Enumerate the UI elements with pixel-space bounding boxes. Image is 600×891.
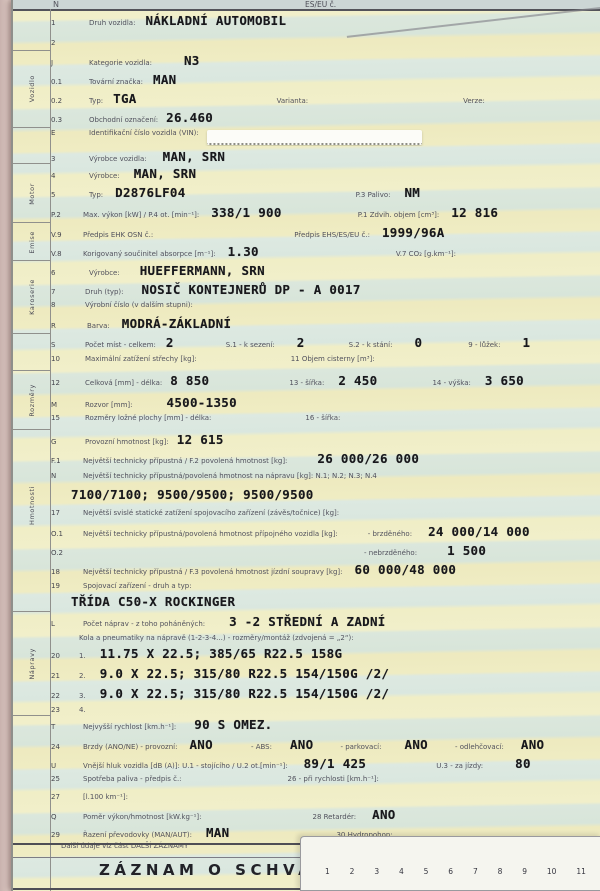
field-code: T [51, 723, 77, 731]
field-label: Rozvor [mm]: [85, 401, 133, 409]
field-code: 20 [51, 652, 77, 660]
field-code: Q [51, 813, 77, 821]
form-row: 4Výrobce:MAN, SRN [51, 163, 599, 182]
field-code: 25 [51, 775, 77, 783]
field-label: Počet míst - celkem: [85, 341, 156, 349]
field-label: Identifikační číslo vozidla (VIN): [89, 129, 199, 137]
field-code: 7 [51, 288, 77, 296]
approval-number: 2 [350, 867, 355, 876]
field-label: P.3 Palivo: [356, 191, 391, 199]
field-value: 60 000/48 000 [355, 562, 457, 577]
field-value: 26.460 [166, 110, 213, 125]
field-code: 23 [51, 706, 77, 714]
field-value: NM [404, 185, 420, 200]
section-label-text: Karoserie [28, 279, 36, 315]
section-label-karoserie: Karoserie [13, 260, 50, 334]
field-code: 0.1 [51, 78, 77, 86]
form-row: 5Typ:D2876LF04P.3 Palivo:NM [51, 182, 599, 202]
form-row: QPoměr výkon/hmotnost [kW.kg⁻¹]:28 Retar… [51, 804, 599, 822]
form-row: O.1Největší technicky přípustná/povolená… [51, 521, 599, 540]
section-label-text: Rozměry [28, 384, 36, 417]
field-code: 1 [51, 19, 77, 27]
field-value: 1999/96A [382, 225, 445, 240]
field-code: S [51, 341, 77, 349]
field-label: Barva: [87, 322, 110, 330]
header-left-fragment: N [53, 0, 61, 9]
field-label: Největší technicky přípustná/povolená hm… [83, 472, 377, 480]
field-label: U.3 - za jízdy: [436, 762, 483, 770]
form-row: 201.11.75 X 22.5; 385/65 R22.5 158G [51, 643, 599, 663]
field-code: 2 [51, 39, 77, 47]
field-label: Varianta: [277, 97, 308, 105]
field-value: 89/1 425 [304, 756, 367, 771]
field-label: Celková [mm] - délka: [85, 379, 162, 387]
field-value: 26 000/26 000 [317, 451, 419, 466]
section-label-text: Hmotnosti [28, 486, 36, 525]
form-row: MRozvor [mm]:4500-1350 [51, 392, 599, 411]
field-code: G [51, 438, 77, 446]
form-row: 6Výrobce:HUEFFERMANN, SRN [51, 260, 599, 279]
field-label: S.2 - k stání: [349, 341, 393, 349]
field-code: V.8 [51, 250, 77, 258]
field-label: 28 Retardér: [312, 813, 356, 821]
form-row: SPočet míst - celkem:2S.1 - k sezení:2S.… [51, 332, 599, 352]
form-row: P.2Max. výkon [kW] / P.4 ot. [min⁻¹]:338… [51, 202, 599, 222]
vin-redaction-box [207, 130, 422, 145]
field-code: O.1 [51, 530, 77, 538]
field-label: 9 - lůžek: [468, 341, 500, 349]
field-value: 11.75 X 22.5; 385/65 R22.5 158G [100, 646, 343, 661]
field-value: D2876LF04 [115, 185, 185, 200]
field-label: Výrobce vozidla: [89, 155, 147, 163]
field-value: ANO [189, 737, 212, 752]
field-code: 24 [51, 743, 77, 751]
field-value: 9.0 X 22.5; 315/80 R22.5 154/150G /2/ [100, 666, 390, 681]
field-value: MAN, SRN [134, 166, 197, 181]
field-code: 5 [51, 191, 77, 199]
form-row: F.1Největší technicky přípustná / F.2 po… [51, 448, 599, 469]
field-label: 1. [79, 652, 86, 660]
field-value: NÁKLADNÍ AUTOMOBIL [145, 13, 286, 28]
field-value: 2 450 [338, 373, 377, 388]
field-value: MODRÁ-ZÁKLADNÍ [122, 316, 232, 331]
field-label: Největší technicky přípustná/povolená hm… [83, 530, 338, 538]
field-label: Typ: [89, 191, 103, 199]
form-row: 25Spotřeba paliva - předpis č.:26 - při … [51, 772, 599, 790]
field-code: 12 [51, 379, 77, 387]
field-label: Korigovaný součinitel absorpce [m⁻¹]: [83, 250, 216, 258]
field-code: 18 [51, 568, 77, 576]
document-page: N ES/EU č. 1Druh vozidla:NÁKLADNÍ AUTOMO… [0, 0, 600, 891]
form-row: GProvozní hmotnost [kg]:12 615 [51, 429, 599, 448]
form-row: V.8Korigovaný součinitel absorpce [m⁻¹]:… [51, 241, 599, 260]
field-code: 21 [51, 672, 77, 680]
field-label: Druh vozidla: [89, 19, 135, 27]
form-row: LPočet náprav - z toho poháněných:3 -2 S… [51, 611, 599, 631]
form-row: UVnější hluk vozidla [dB (A)]: U.1 - sto… [51, 753, 599, 772]
approval-number: 8 [498, 867, 503, 876]
field-label: - nebrzděného: [364, 549, 417, 557]
section-label-emise: Emise [13, 222, 50, 261]
form-row: EIdentifikační číslo vozidla (VIN): [51, 126, 599, 146]
field-code: 6 [51, 269, 77, 277]
field-value: 7100/7100; 9500/9500; 9500/9500 [71, 487, 314, 502]
field-code: 29 [51, 831, 77, 839]
field-value: 90 S OMEZ. [194, 717, 272, 732]
form-row: 223.9.0 X 22.5; 315/80 R22.5 154/150G /2… [51, 683, 599, 703]
field-value: 12 615 [177, 432, 224, 447]
form-row: 0.1Tovární značka:MAN [51, 69, 599, 88]
field-code: 15 [51, 414, 77, 422]
form-row: 0.2Typ:TGAVarianta:Verze: [51, 88, 599, 107]
field-code: 0.3 [51, 116, 77, 124]
field-label: Kategorie vozidla: [89, 59, 152, 67]
field-code: O.2 [51, 549, 77, 557]
form-row: V.9Předpis EHK OSN č.:Předpis EHS/ES/EU … [51, 222, 599, 241]
form-row: 10Maximální zatížení střechy [kg]:11 Obj… [51, 352, 599, 370]
field-value: 9.0 X 22.5; 315/80 R22.5 154/150G /2/ [100, 686, 390, 701]
field-label: Vnější hluk vozidla [dB (A)]: U.1 - stoj… [83, 762, 288, 770]
field-label: Řazení převodovky (MAN/AUT): [83, 831, 192, 839]
form-row: 7Druh (typ):NOSIČ KONTEJNERŮ DP - A 0017 [51, 279, 599, 298]
field-value: 8 850 [170, 373, 209, 388]
form-row: TNejvyšší rychlost [km.h⁻¹]:90 S OMEZ. [51, 714, 599, 734]
section-label-text: Emise [28, 231, 36, 254]
form-row: 212.9.0 X 22.5; 315/80 R22.5 154/150G /2… [51, 663, 599, 683]
field-label: Spojovací zařízení - druh a typ: [83, 582, 192, 590]
field-value: 24 000/14 000 [428, 524, 530, 539]
form-row: 19Spojovací zařízení - druh a typ: [51, 579, 599, 591]
form-row: 3Výrobce vozidla:MAN, SRN [51, 146, 599, 163]
field-label: 13 - šířka: [289, 379, 324, 387]
field-label: - ABS: [251, 743, 272, 751]
section-label-napravy: Nápravy [13, 611, 50, 716]
field-label: Kola a pneumatiky na nápravě (1-2-3-4...… [79, 634, 354, 642]
field-value: 4500-1350 [167, 395, 237, 410]
field-code: R [51, 322, 77, 330]
approval-number: 11 [576, 867, 586, 876]
approval-number: 10 [547, 867, 557, 876]
section-label-text: Motor [28, 183, 36, 205]
approval-number: 9 [522, 867, 527, 876]
field-code: U [51, 762, 77, 770]
form-row: RBarva:MODRÁ-ZÁKLADNÍ [51, 313, 599, 332]
field-value: MAN [153, 72, 176, 87]
field-label: Poměr výkon/hmotnost [kW.kg⁻¹]: [83, 813, 201, 821]
field-value: ANO [405, 737, 428, 752]
field-label: Největší technicky přípustná / F.2 povol… [83, 457, 287, 465]
field-value: 1.30 [228, 244, 259, 259]
field-label: S.1 - k sezení: [226, 341, 275, 349]
field-code: 10 [51, 355, 77, 363]
field-label: Výrobce: [89, 269, 120, 277]
field-label: 4. [79, 706, 86, 714]
field-value: MAN, SRN [163, 149, 226, 163]
approval-number: 5 [424, 867, 429, 876]
form-row: 7100/7100; 9500/9500; 9500/9500 [51, 484, 599, 506]
field-value: ANO [290, 737, 313, 752]
approval-number: 3 [374, 867, 379, 876]
field-code: N [51, 472, 77, 480]
field-label: Typ: [89, 97, 103, 105]
field-code: J [51, 59, 77, 67]
field-label: 26 - při rychlosti [km.h⁻¹]: [288, 775, 379, 783]
field-code: 17 [51, 509, 77, 517]
form-row: Kola a pneumatiky na nápravě (1-2-3-4...… [51, 631, 599, 643]
field-code: 3 [51, 155, 77, 163]
field-code: F.1 [51, 457, 77, 465]
field-label: Max. výkon [kW] / P.4 ot. [min⁻¹]: [83, 211, 199, 219]
field-value: NOSIČ KONTEJNERŮ DP - A 0017 [142, 282, 361, 297]
approval-number: 4 [399, 867, 404, 876]
form-row: O.2- nebrzděného:1 500 [51, 540, 599, 559]
form-row: 8Výrobní číslo (v dalším stupni): [51, 298, 599, 313]
field-code: L [51, 620, 77, 628]
section-label-text: Nápravy [28, 648, 36, 680]
field-label: 14 - výška: [432, 379, 470, 387]
field-label: 16 - šířka: [305, 414, 340, 422]
field-value: 338/1 900 [211, 205, 281, 220]
field-label: Největší svislé statické zatížení spojov… [83, 509, 339, 517]
form-row: 17Největší svislé statické zatížení spoj… [51, 506, 599, 521]
field-label: Předpis EHK OSN č.: [83, 231, 153, 239]
field-code: 19 [51, 582, 77, 590]
field-value: 2 [166, 335, 174, 350]
field-label: Druh (typ): [85, 288, 124, 296]
field-label: - parkovací: [340, 743, 381, 751]
form-row: 2 [51, 36, 599, 50]
field-label: Největší technicky přípustná / F.3 povol… [83, 568, 343, 576]
field-value: ANO [521, 737, 544, 752]
field-label: Výrobce: [89, 172, 120, 180]
field-value: MAN [206, 825, 229, 839]
field-label: - brzděného: [368, 530, 412, 538]
field-label: Výrobní číslo (v dalším stupni): [85, 301, 193, 309]
field-label: Provozní hmotnost [kg]: [85, 438, 169, 446]
approval-number: 7 [473, 867, 478, 876]
field-value: 3 -2 STŘEDNÍ A ZADNÍ [229, 614, 386, 629]
section-label-hmotnosti: Hmotnosti [13, 429, 50, 580]
form-row: 18Největší technicky přípustná / F.3 pov… [51, 559, 599, 579]
field-value: 3 650 [485, 373, 524, 388]
field-label: P.1 Zdvih. objem [cm³]: [358, 211, 440, 219]
form-row: 27[l.100 km⁻¹]: [51, 790, 599, 804]
field-label: Rozměry ložné plochy [mm] - délka: [85, 414, 211, 422]
field-value: 2 [297, 335, 305, 350]
field-value: HUEFFERMANN, SRN [140, 263, 265, 278]
footer-bottom-line [13, 888, 300, 890]
field-code: 8 [51, 301, 77, 309]
field-label: Brzdy (ANO/NE) - provozní: [83, 743, 177, 751]
section-label-vozidlo: Vozidlo [13, 50, 50, 128]
header-es-eu-label: ES/EU č. [305, 0, 336, 9]
approval-number-box: 1234567891011 [300, 836, 600, 891]
field-code: 27 [51, 793, 77, 801]
form-row: TŘÍDA C50-X ROCKINGER [51, 591, 599, 611]
approval-number-row: 1234567891011 [301, 837, 600, 876]
form-row: 24Brzdy (ANO/NE) - provozní:ANO- ABS:ANO… [51, 734, 599, 753]
approval-number: 1 [325, 867, 330, 876]
form-row: 0.3Obchodní označení:26.460 [51, 107, 599, 126]
field-value: 80 [515, 756, 531, 771]
footer-mid-line [13, 857, 300, 858]
section-label-text: Vozidlo [28, 75, 36, 102]
field-label: 3. [79, 692, 86, 700]
field-label: Obchodní označení: [89, 116, 158, 124]
field-value: TGA [113, 91, 136, 106]
field-code: P.2 [51, 211, 77, 219]
field-code: M [51, 401, 77, 409]
field-label: Maximální zatížení střechy [kg]: [85, 355, 197, 363]
field-label: Počet náprav - z toho poháněných: [83, 620, 205, 628]
form-row: 12Celková [mm] - délka:8 85013 - šířka:2… [51, 370, 599, 392]
field-label: Spotřeba paliva - předpis č.: [83, 775, 182, 783]
form-row: NNejvětší technicky přípustná/povolená h… [51, 469, 599, 484]
vehicle-registration-form: N ES/EU č. 1Druh vozidla:NÁKLADNÍ AUTOMO… [11, 0, 600, 891]
form-row: 15Rozměry ložné plochy [mm] - délka:16 -… [51, 411, 599, 429]
section-label-motor: Motor [13, 163, 50, 223]
field-value: 12 816 [451, 205, 498, 220]
field-label: [l.100 km⁻¹]: [83, 793, 128, 801]
form-row: 1Druh vozidla:NÁKLADNÍ AUTOMOBIL [51, 10, 599, 36]
approval-number: 6 [448, 867, 453, 876]
field-code: V.9 [51, 231, 77, 239]
form-row: JKategorie vozidla:N3 [51, 50, 599, 69]
field-value: 1 500 [447, 543, 486, 558]
field-label: 11 Objem cisterny [m³]: [291, 355, 375, 363]
field-value: 0 [414, 335, 422, 350]
field-label: Předpis EHS/ES/EU č.: [294, 231, 370, 239]
field-label: 2. [79, 672, 86, 680]
field-value: 1 [522, 335, 530, 350]
field-code: 0.2 [51, 97, 77, 105]
field-code: E [51, 129, 77, 137]
approval-record-title: ZÁZNAM O SCHVA [99, 861, 314, 879]
form-row: 234. [51, 703, 599, 714]
field-label: V.7 CO₂ [g.km⁻¹]: [396, 250, 456, 258]
field-code: 4 [51, 172, 77, 180]
field-value: N3 [184, 53, 200, 68]
form-rows: 1Druh vozidla:NÁKLADNÍ AUTOMOBIL2JKatego… [51, 10, 599, 852]
field-code: 22 [51, 692, 77, 700]
field-label: Tovární značka: [89, 78, 143, 86]
field-label: Nejvyšší rychlost [km.h⁻¹]: [83, 723, 176, 731]
field-label: - odlehčovací: [455, 743, 504, 751]
field-label: Verze: [463, 97, 485, 105]
section-label-rozmery: Rozměry [13, 370, 50, 430]
field-value: TŘÍDA C50-X ROCKINGER [71, 594, 235, 609]
field-value: ANO [372, 807, 395, 822]
